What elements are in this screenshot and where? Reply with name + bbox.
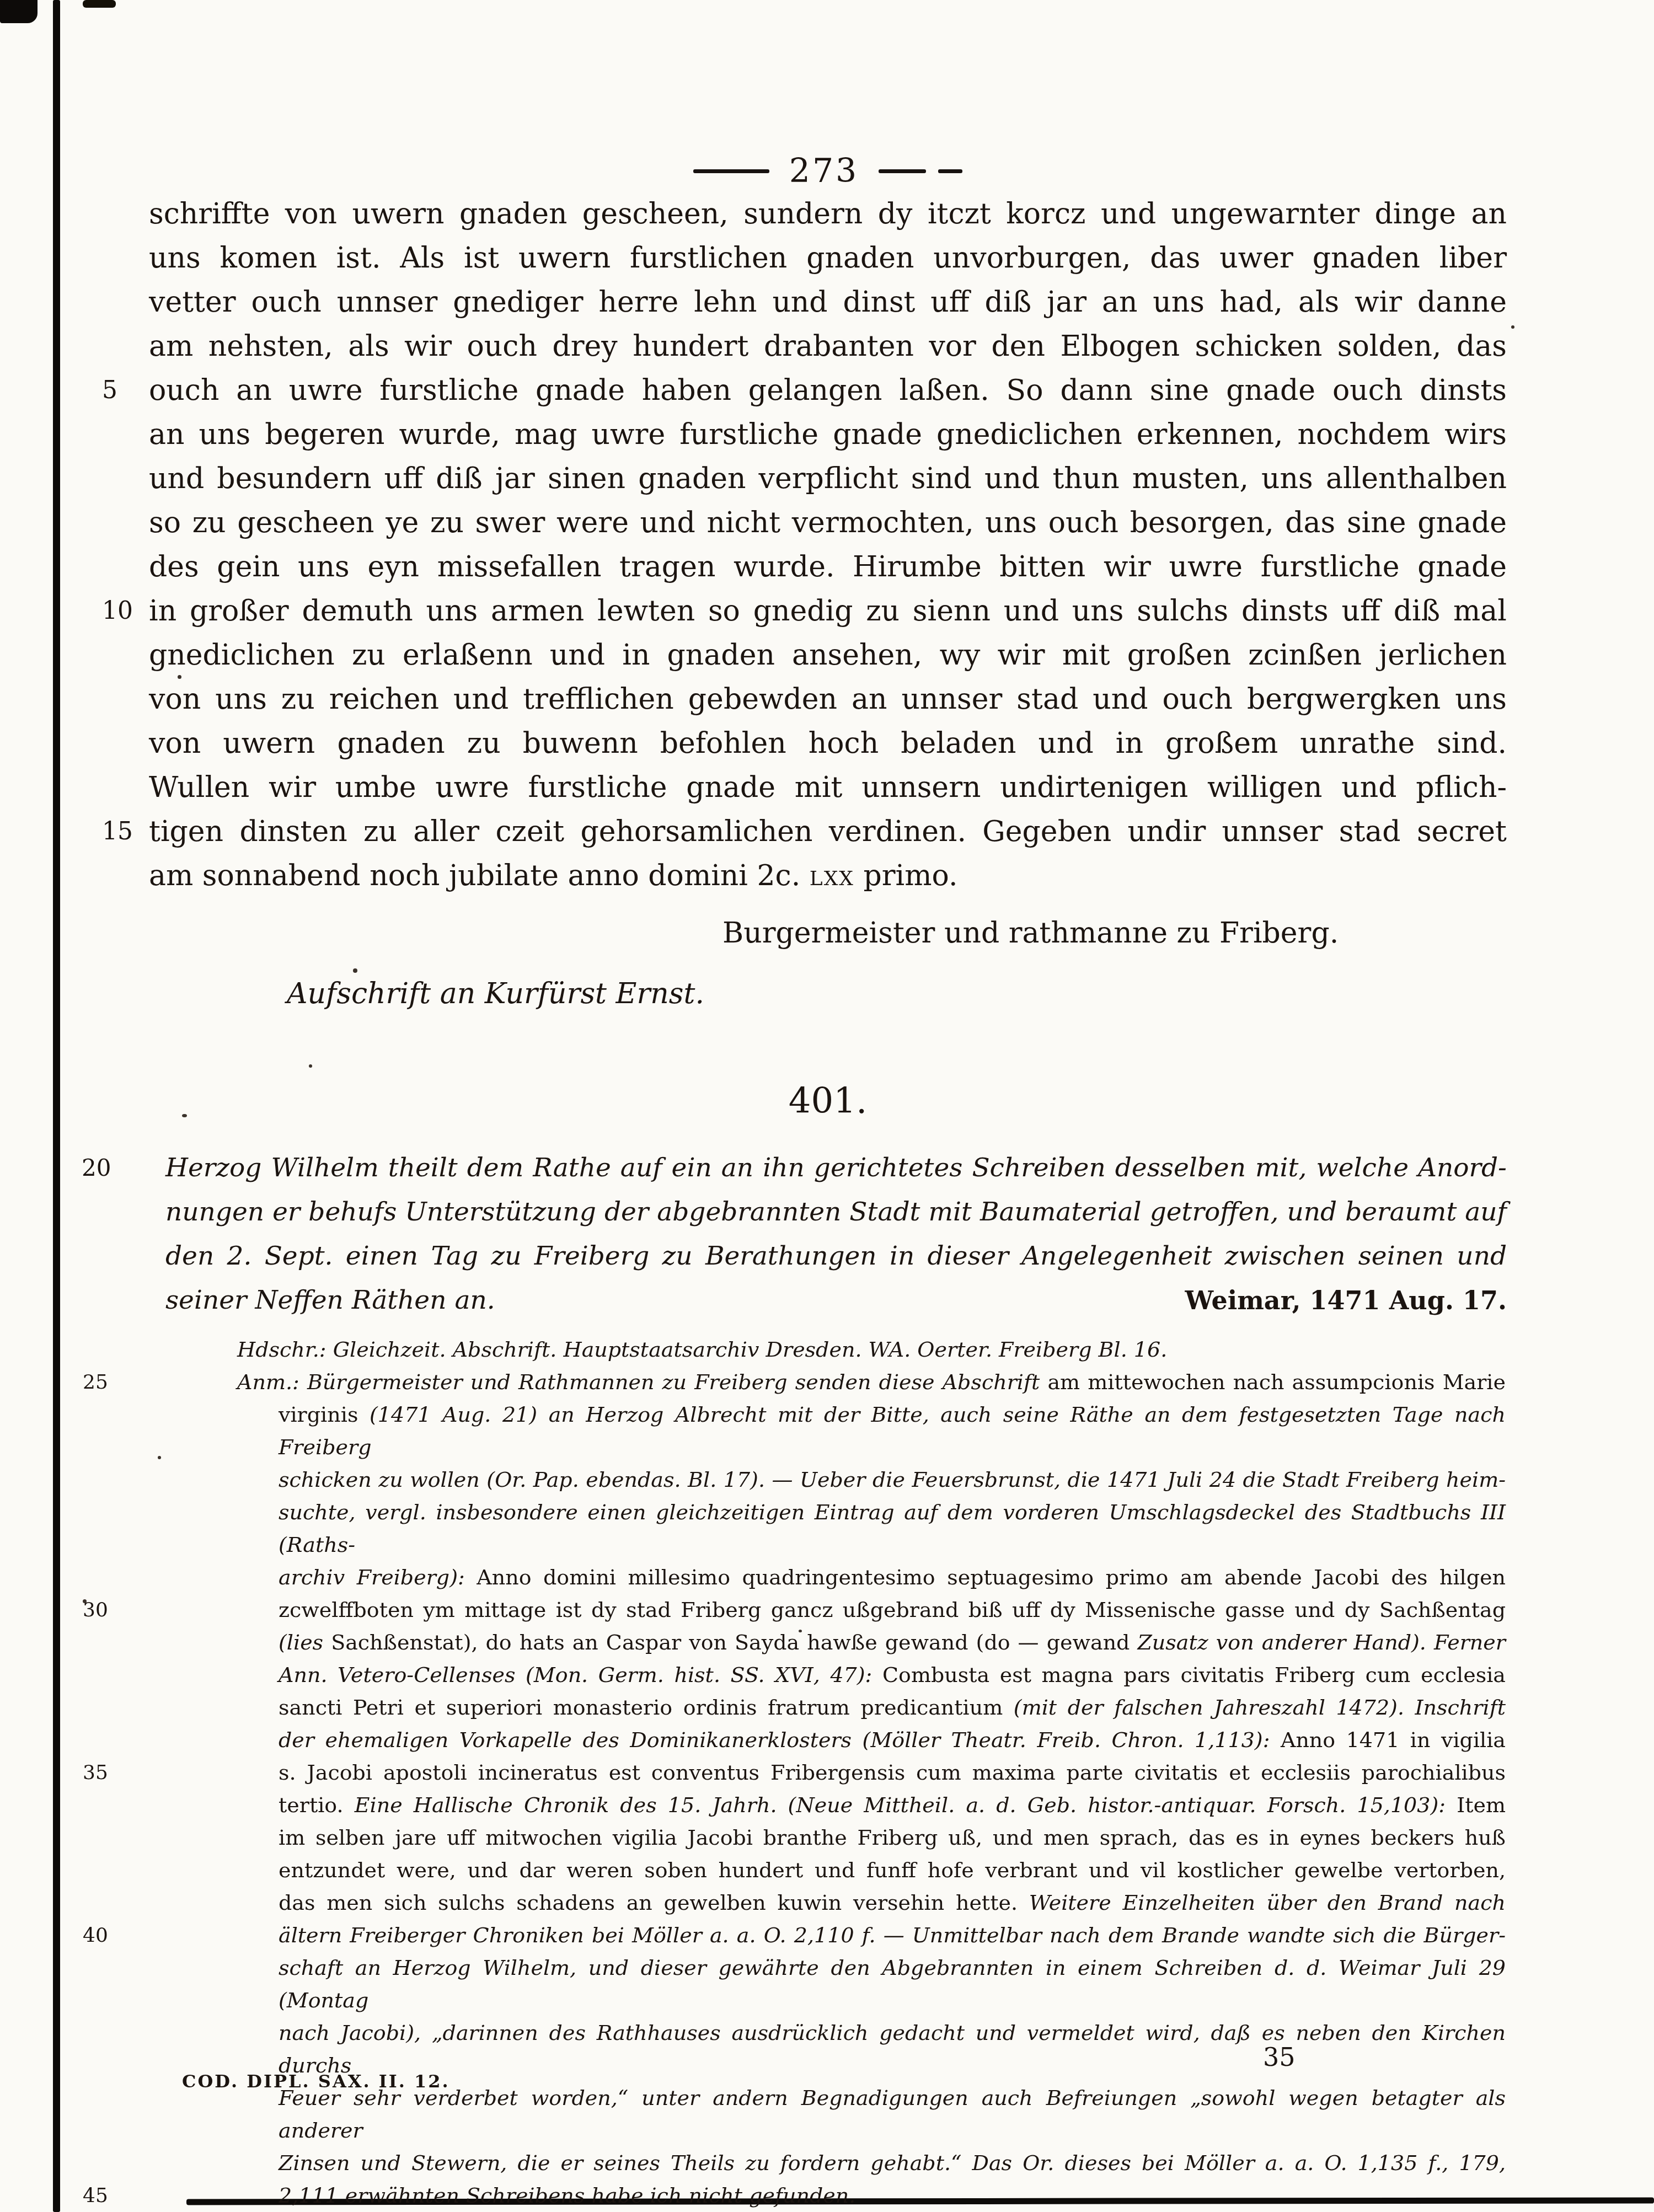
text-segment: Zusatz von anderer Hand). Ferner (1137, 1630, 1506, 1654)
apparatus-line: Zinsen und Stewern, die er seines Theils… (279, 2147, 1506, 2179)
text-segment: von uns zu reichen und trefflichen gebew… (149, 683, 1507, 716)
letter-line: 15tigen dinsten zu aller czeit gehorsaml… (149, 810, 1507, 854)
apparatus-line: tertio. Eine Hallische Chronik des 15. J… (279, 1789, 1506, 1822)
margin-line-number: 40 (83, 1919, 108, 1952)
text-segment: Anm.: Bürgermeister und Rathmannen zu Fr… (237, 1370, 1047, 1394)
text-segment: am nehsten, als wir ouch drey hundert dr… (149, 330, 1507, 363)
margin-line-number: 10 (102, 589, 141, 633)
text-segment: Wullen wir umbe uwre furstliche gnade mi… (149, 771, 1507, 804)
apparatus-line: 25Anm.: Bürgermeister und Rathmannen zu … (237, 1366, 1506, 1399)
text-segment: nach Jacobi), „darinnen des Rathhauses a… (279, 2021, 1506, 2077)
apparatus-line: im selben jare uff mitwochen vigilia Jac… (279, 1822, 1506, 1854)
scan-speckle (309, 1064, 312, 1068)
scan-speckle (1511, 325, 1514, 329)
header-rule-left (693, 169, 769, 173)
apparatus-line: 40ältern Freiberger Chroniken bei Möller… (279, 1919, 1506, 1952)
text-segment: der ehemaligen Vorkapelle des Dominikane… (279, 1728, 1281, 1752)
text-segment: das men sich sulchs schadens an gewelben… (279, 1890, 1029, 1915)
text-segment: (mit der falschen Jahreszahl 1472). Insc… (1014, 1695, 1506, 1720)
text-segment: seiner Neffen Räthen an. (165, 1285, 495, 1315)
text-segment: Weitere Einzelheiten über den Brand nach (1029, 1890, 1506, 1915)
apparatus-line: 35s. Jacobi apostoli incineratus est con… (279, 1756, 1506, 1789)
letter-line: des gein uns eyn missefallen tragen wurd… (149, 545, 1507, 589)
apparatus-line: das men sich sulchs schadens an gewelben… (279, 1887, 1506, 1919)
text-segment: (lies (279, 1630, 331, 1654)
text-segment: im selben jare uff mitwochen vigilia Jac… (279, 1825, 1506, 1850)
apparatus-line: nach Jacobi), „darinnen des Rathhauses a… (279, 2017, 1506, 2082)
letter-line: vetter ouch unnser gnediger herre lehn u… (149, 280, 1507, 324)
regest-line: nungen er behufs Unterstützung der abgeb… (165, 1190, 1507, 1234)
text-segment: suchte, vergl. insbesondere einen gleich… (279, 1500, 1506, 1557)
page-header: 273 (149, 149, 1507, 193)
text-segment: schaft an Herzog Wilhelm, und dieser gew… (279, 1956, 1506, 2012)
letter-line: uns komen ist. Als ist uwern furstlichen… (149, 236, 1507, 280)
letter-closing: Burgermeister und rathmanne zu Friberg. (722, 911, 1339, 955)
letter-line: Wullen wir umbe uwre furstliche gnade mi… (149, 765, 1507, 810)
text-segment: zcwelffboten ym mittage ist dy stad Frib… (279, 1598, 1506, 1622)
letter-line: am nehsten, als wir ouch drey hundert dr… (149, 324, 1507, 368)
text-segment: tertio. (279, 1793, 355, 1817)
text-segment: s. Jacobi apostoli incineratus est conve… (279, 1760, 1506, 1785)
letter-line: von uns zu reichen und trefflichen gebew… (149, 677, 1507, 721)
text-segment: (1471 Aug. 21) an Herzog Albrecht mit de… (279, 1402, 1506, 1459)
scanned-page: 273 schriffte von uwern gnaden gescheen,… (0, 0, 1654, 2212)
text-segment: ältern Freiberger Chroniken bei Möller a… (279, 1923, 1506, 1947)
margin-line-number: 25 (83, 1366, 108, 1399)
letter-line: gnediclichen zu erlaßenn und in gnaden a… (149, 633, 1507, 677)
text-segment: so zu gescheen ye zu swer were und nicht… (149, 506, 1507, 539)
text-segment: Herzog Wilhelm theilt dem Rathe auf ein … (165, 1153, 1507, 1183)
apparatus-line: (lies Sachßenstat), do hats an Caspar vo… (279, 1626, 1506, 1659)
apparatus-line: suchte, vergl. insbesondere einen gleich… (279, 1496, 1506, 1561)
text-segment: des gein uns eyn missefallen tragen wurd… (149, 550, 1507, 583)
apparatus-line: der ehemaligen Vorkapelle des Dominikane… (279, 1724, 1506, 1756)
letter-docket: Aufschrift an Kurfürst Ernst. (287, 972, 704, 1016)
page-number: 273 (789, 149, 859, 193)
apparatus-line: 452,111 erwähnten Schreibens habe ich ni… (279, 2179, 1506, 2212)
margin-line-number: 30 (83, 1594, 108, 1626)
text-segment: Eine Hallische Chronik des 15. Jahrh. (N… (355, 1793, 1457, 1817)
text-segment: Hdschr.: Gleichzeit. Abschrift. Hauptsta… (237, 1337, 1167, 1362)
regest-line: 20Herzog Wilhelm theilt dem Rathe auf ei… (165, 1146, 1507, 1190)
text-segment: nungen er behufs Unterstützung der abgeb… (165, 1197, 1507, 1227)
apparatus-line: archiv Freiberg): Anno domini millesimo … (279, 1561, 1506, 1594)
header-rule-right-2 (938, 169, 962, 173)
scan-edge-artifact-left (53, 0, 60, 2212)
margin-line-number: 20 (82, 1146, 111, 1190)
text-segment: entzundet were, und dar weren soben hund… (279, 1858, 1506, 1882)
text-segment: Sachßenstat), do hats an Caspar von Sayd… (331, 1630, 1137, 1654)
text-segment: uns komen ist. Als ist uwern furstlichen… (149, 242, 1507, 275)
apparatus-line: sancti Petri et superiori monasterio ord… (279, 1691, 1506, 1724)
text-segment: tigen dinsten zu aller czeit gehorsamlic… (149, 815, 1507, 848)
text-segment: in großer demuth uns armen lewten so gne… (149, 594, 1507, 628)
text-segment: an uns begeren wurde, mag uwre furstlich… (149, 418, 1507, 451)
regest-line: den 2. Sept. einen Tag zu Freiberg zu Be… (165, 1234, 1507, 1278)
text-segment: schriffte von uwern gnaden gescheen, sun… (149, 197, 1507, 231)
text-segment: Item (1457, 1793, 1506, 1817)
margin-line-number: 5 (102, 368, 141, 413)
letter-line: von uwern gnaden zu buwenn befohlen hoch… (149, 721, 1507, 765)
entry-dateline: Weimar, 1471 Aug. 17. (1185, 1278, 1507, 1322)
letter-line: am sonnabend noch jubilate anno domini 2… (149, 854, 1507, 898)
text-segment: Zinsen und Stewern, die er seines Theils… (279, 2151, 1506, 2175)
text-segment: Anno 1471 in vigilia (1281, 1728, 1506, 1752)
apparatus-line: Hdschr.: Gleichzeit. Abschrift. Hauptsta… (237, 1333, 1506, 1366)
text-segment: am mittewochen nach assumpcionis Marie (1047, 1370, 1506, 1394)
entry-regest: 20Herzog Wilhelm theilt dem Rathe auf ei… (165, 1146, 1507, 1322)
text-segment: 2,111 erwähnten Schreibens habe ich nich… (279, 2183, 855, 2208)
margin-line-number: 15 (102, 810, 141, 854)
apparatus-line: Ann. Vetero-Cellenses (Mon. Germ. hist. … (279, 1659, 1506, 1691)
letter-line: an uns begeren wurde, mag uwre furstlich… (149, 413, 1507, 457)
apparatus-line: virginis (1471 Aug. 21) an Herzog Albrec… (279, 1399, 1506, 1464)
text-segment: archiv Freiberg): (279, 1565, 477, 1589)
text-segment: schicken zu wollen (Or. Pap. ebendas. Bl… (279, 1467, 1506, 1492)
text-segment: virginis (279, 1402, 370, 1427)
text-segment: Ann. Vetero-Cellenses (Mon. Germ. hist. … (279, 1663, 882, 1687)
margin-line-number: 45 (83, 2179, 108, 2212)
text-segment: am sonnabend noch jubilate anno domini 2… (149, 859, 810, 892)
letter-line: und besundern uff diß jar sinen gnaden v… (149, 457, 1507, 501)
entry-number: 401. (149, 1076, 1507, 1126)
text-segment: Feuer sehr verderbet worden,“ unter ande… (279, 2086, 1506, 2143)
scan-corner-artifact (0, 0, 38, 23)
header-rule-right (879, 169, 926, 173)
signature-mark: 35 (1263, 2040, 1296, 2074)
letter-body: schriffte von uwern gnaden gescheen, sun… (149, 192, 1507, 898)
letter-line: 5ouch an uwre furstliche gnade haben gel… (149, 368, 1507, 413)
apparatus-line: entzundet were, und dar weren soben hund… (279, 1854, 1506, 1887)
apparatus-line: schicken zu wollen (Or. Pap. ebendas. Bl… (279, 1464, 1506, 1496)
text-segment: gnediclichen zu erlaßenn und in gnaden a… (149, 639, 1507, 672)
text-segment: sancti Petri et superiori monasterio ord… (279, 1695, 1014, 1720)
text-segment: ouch an uwre furstliche gnade haben gela… (149, 374, 1507, 407)
apparatus-line: schaft an Herzog Wilhelm, und dieser gew… (279, 1952, 1506, 2017)
text-segment: primo. (854, 859, 958, 892)
apparatus-line: 30zcwelffboten ym mittage ist dy stad Fr… (279, 1594, 1506, 1626)
text-segment: lxx (810, 859, 854, 892)
scan-edge-artifact-top (83, 0, 116, 8)
apparatus-line: Feuer sehr verderbet worden,“ unter ande… (279, 2082, 1506, 2147)
letter-line: schriffte von uwern gnaden gescheen, sun… (149, 192, 1507, 236)
text-segment: Combusta est magna pars civitatis Friber… (882, 1663, 1506, 1687)
text-segment: von uwern gnaden zu buwenn befohlen hoch… (149, 727, 1507, 760)
letter-line: so zu gescheen ye zu swer were und nicht… (149, 501, 1507, 545)
text-segment: den 2. Sept. einen Tag zu Freiberg zu Be… (165, 1241, 1507, 1271)
series-imprint: COD. DIPL. SAX. II. 12. (182, 2069, 450, 2093)
margin-line-number: 35 (83, 1756, 108, 1789)
text-segment: und besundern uff diß jar sinen gnaden v… (149, 462, 1507, 495)
text-segment: Anno domini millesimo quadringentesimo s… (477, 1565, 1506, 1589)
text-segment: vetter ouch unnser gnediger herre lehn u… (149, 286, 1507, 319)
letter-line: 10in großer demuth uns armen lewten so g… (149, 589, 1507, 633)
